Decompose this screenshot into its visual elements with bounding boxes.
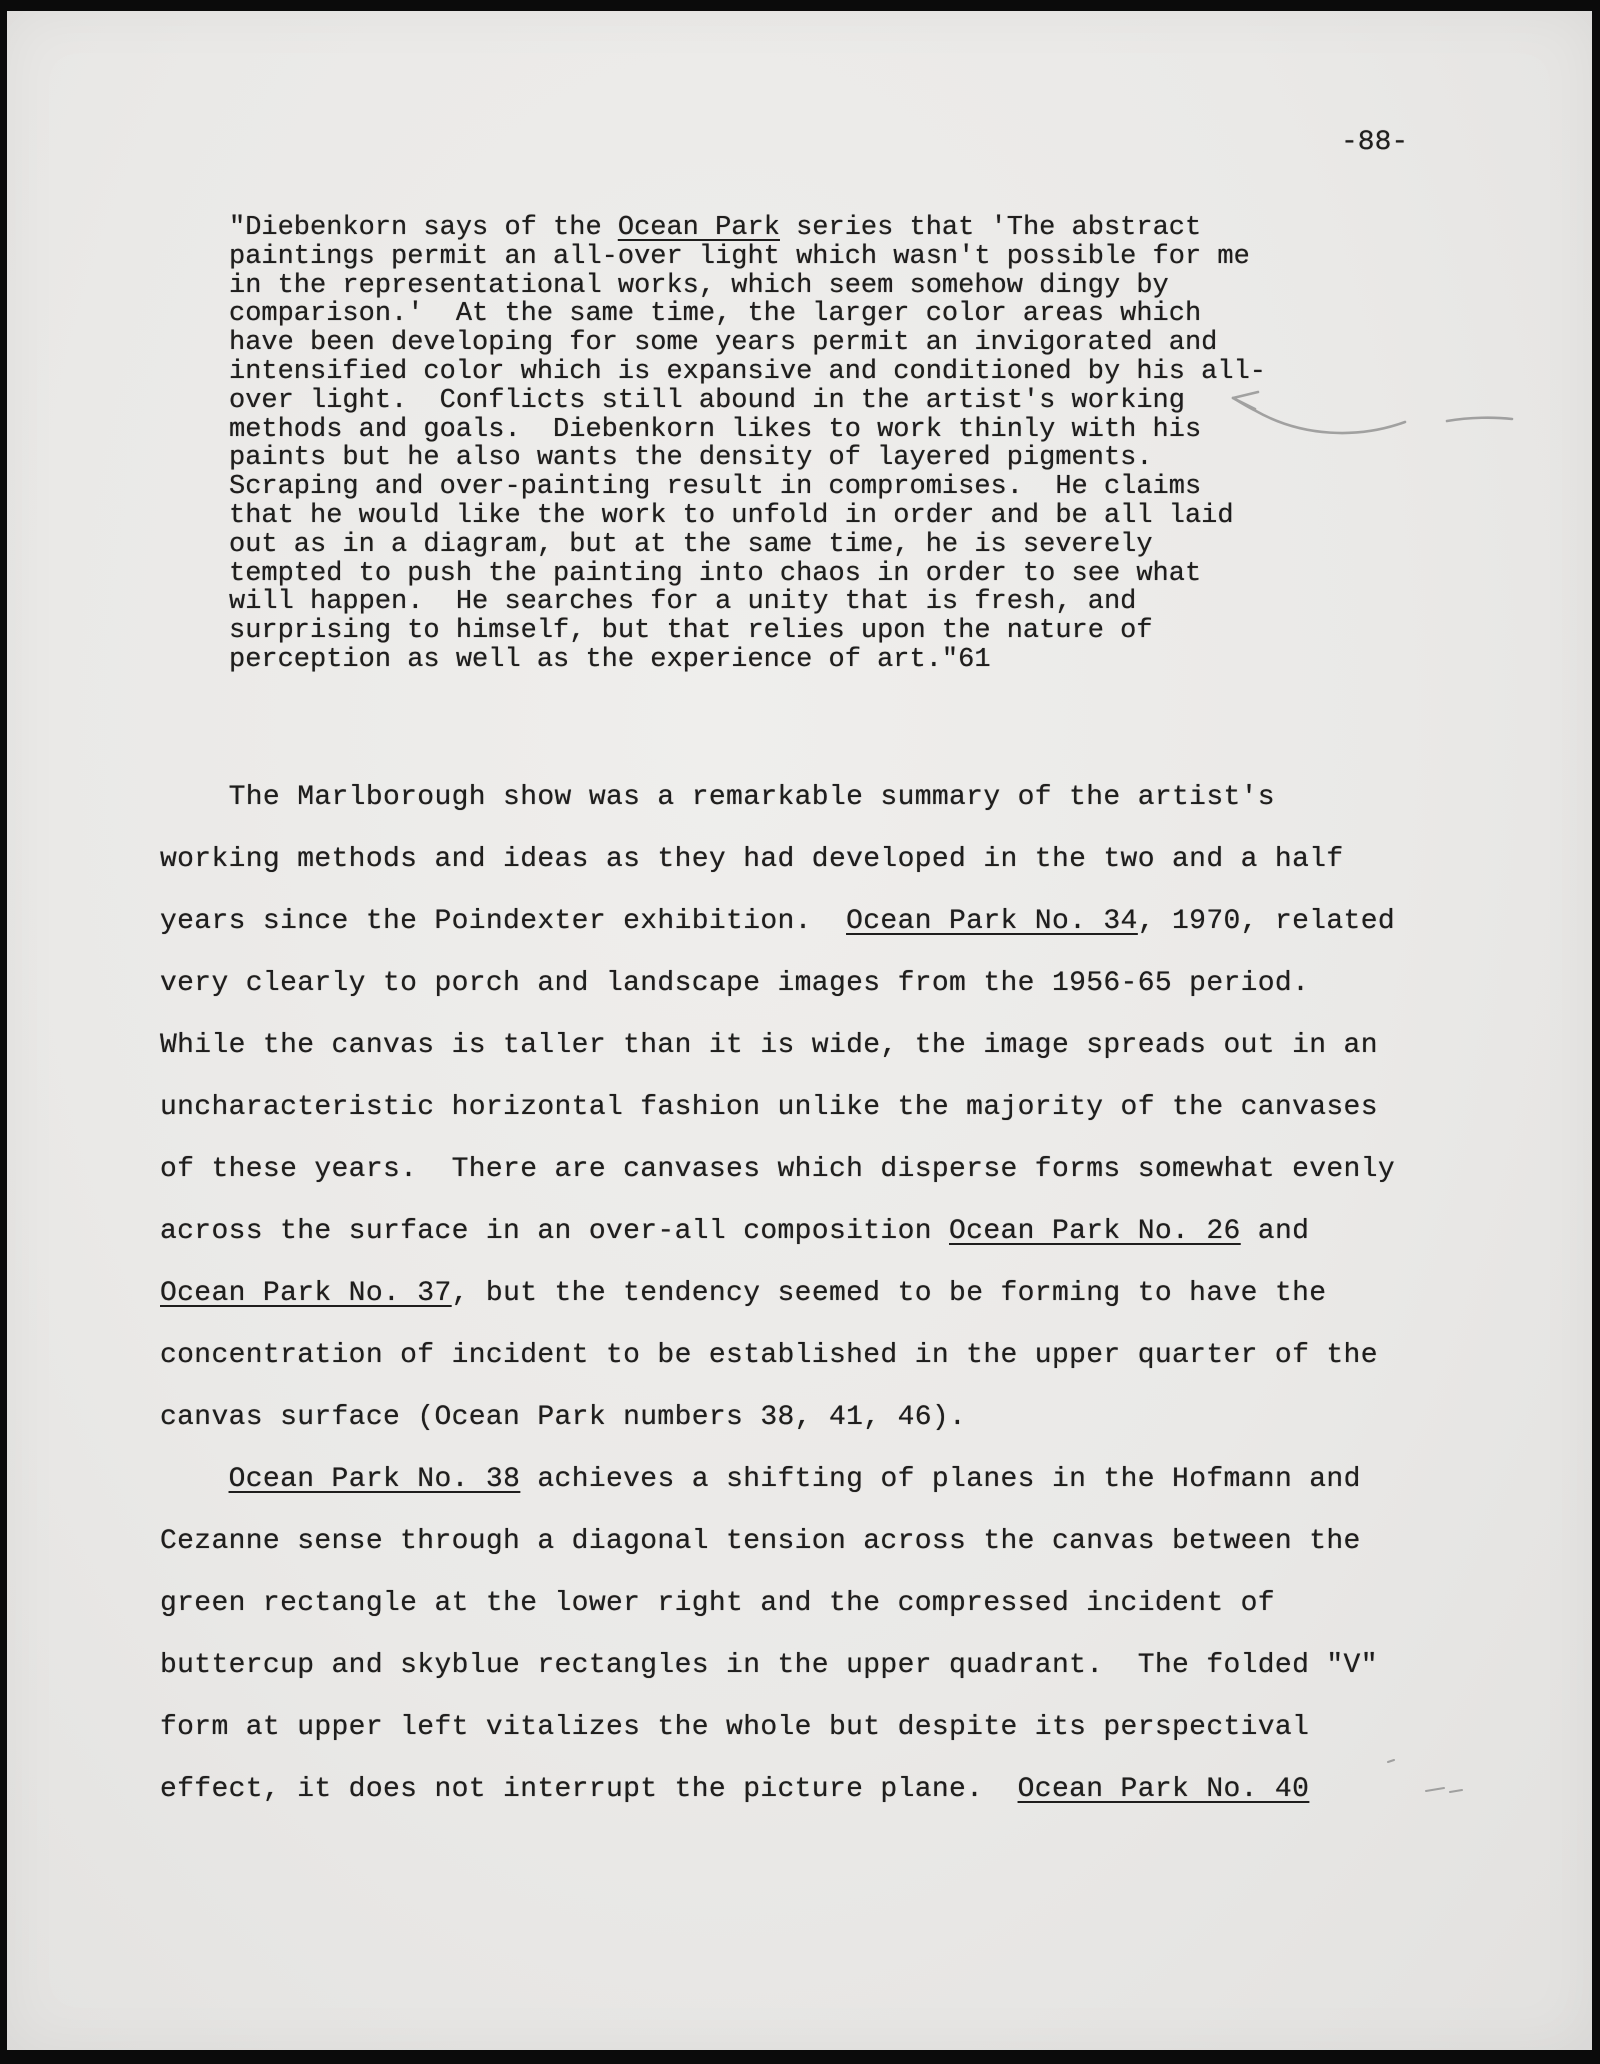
text-segment: over light. Conflicts still abound in th… <box>229 386 1185 416</box>
text-line: uncharacteristic horizontal fashion unli… <box>160 1076 1460 1138</box>
text-segment: While the canvas is taller than it is wi… <box>160 1030 1378 1061</box>
text-segment: methods and goals. Diebenkorn likes to w… <box>229 415 1201 445</box>
text-line: surprising to himself, but that relies u… <box>229 617 1329 646</box>
text-segment: intensified color which is expansive and… <box>229 357 1266 387</box>
text-line: Ocean Park No. 38 achieves a shifting of… <box>160 1448 1460 1510</box>
text-segment <box>160 1464 229 1495</box>
text-line: tempted to push the painting into chaos … <box>229 560 1329 589</box>
block-quote: "Diebenkorn says of the Ocean Park serie… <box>229 214 1329 675</box>
text-line: "Diebenkorn says of the Ocean Park serie… <box>229 214 1329 243</box>
text-segment: and <box>1241 1216 1310 1247</box>
text-line: working methods and ideas as they had de… <box>160 828 1460 890</box>
text-segment: series that 'The abstract <box>780 213 1201 243</box>
text-segment: buttercup and skyblue rectangles in the … <box>160 1650 1378 1681</box>
text-segment: Scraping and over-painting result in com… <box>229 472 1201 502</box>
text-line: paintings permit an all-over light which… <box>229 243 1329 272</box>
text-segment: years since the Poindexter exhibition. <box>160 906 846 937</box>
text-line: Ocean Park No. 37, but the tendency seem… <box>160 1262 1460 1324</box>
text-segment: green rectangle at the lower right and t… <box>160 1588 1275 1619</box>
text-line: comparison.' At the same time, the large… <box>229 300 1329 329</box>
text-line: years since the Poindexter exhibition. O… <box>160 890 1460 952</box>
text-segment: , 1970, related <box>1138 906 1395 937</box>
text-segment: concentration of incident to be establis… <box>160 1340 1378 1371</box>
text-segment: comparison.' At the same time, the large… <box>229 299 1201 329</box>
text-segment: that he would like the work to unfold in… <box>229 501 1234 531</box>
text-segment: perception as well as the experience of … <box>229 645 991 675</box>
body-paragraphs: The Marlborough show was a remarkable su… <box>160 766 1460 1820</box>
text-segment: canvas surface (Ocean Park numbers 38, 4… <box>160 1402 966 1433</box>
text-line: across the surface in an over-all compos… <box>160 1200 1460 1262</box>
text-line: Cezanne sense through a diagonal tension… <box>160 1510 1460 1572</box>
text-segment: achieves a shifting of planes in the Hof… <box>520 1464 1360 1495</box>
text-segment: effect, it does not interrupt the pictur… <box>160 1774 1018 1805</box>
text-line: in the representational works, which see… <box>229 272 1329 301</box>
text-line: perception as well as the experience of … <box>229 646 1329 675</box>
text-segment: working methods and ideas as they had de… <box>160 844 1344 875</box>
text-segment: paints but he also wants the density of … <box>229 443 1153 473</box>
underlined-work-title: Ocean Park No. 40 <box>1018 1774 1310 1805</box>
text-line: intensified color which is expansive and… <box>229 358 1329 387</box>
text-line: paints but he also wants the density of … <box>229 444 1329 473</box>
text-segment: of these years. There are canvases which… <box>160 1154 1395 1185</box>
text-line: that he would like the work to unfold in… <box>229 502 1329 531</box>
text-segment: paintings permit an all-over light which… <box>229 242 1250 272</box>
text-line: concentration of incident to be establis… <box>160 1324 1460 1386</box>
text-line: The Marlborough show was a remarkable su… <box>160 766 1460 828</box>
text-segment: across the surface in an over-all compos… <box>160 1216 949 1247</box>
text-segment: tempted to push the painting into chaos … <box>229 559 1201 589</box>
text-line: Scraping and over-painting result in com… <box>229 473 1329 502</box>
text-segment: form at upper left vitalizes the whole b… <box>160 1712 1309 1743</box>
text-segment: will happen. He searches for a unity tha… <box>229 587 1136 617</box>
text-line: methods and goals. Diebenkorn likes to w… <box>229 416 1329 445</box>
text-line: buttercup and skyblue rectangles in the … <box>160 1634 1460 1696</box>
underlined-work-title: Ocean Park No. 34 <box>846 906 1138 937</box>
underlined-work-title: Ocean Park No. 37 <box>160 1278 452 1309</box>
text-segment: Cezanne sense through a diagonal tension… <box>160 1526 1361 1557</box>
underlined-work-title: Ocean Park <box>618 213 780 243</box>
text-segment: out as in a diagram, but at the same tim… <box>229 530 1153 560</box>
text-line: will happen. He searches for a unity tha… <box>229 588 1329 617</box>
page-number: -88- <box>1341 128 1408 158</box>
text-line: effect, it does not interrupt the pictur… <box>160 1758 1460 1820</box>
underlined-work-title: Ocean Park No. 38 <box>229 1464 521 1495</box>
text-line: very clearly to porch and landscape imag… <box>160 952 1460 1014</box>
text-segment: surprising to himself, but that relies u… <box>229 616 1153 646</box>
text-line: out as in a diagram, but at the same tim… <box>229 531 1329 560</box>
text-line: canvas surface (Ocean Park numbers 38, 4… <box>160 1386 1460 1448</box>
text-segment: uncharacteristic horizontal fashion unli… <box>160 1092 1378 1123</box>
text-line: of these years. There are canvases which… <box>160 1138 1460 1200</box>
text-line: While the canvas is taller than it is wi… <box>160 1014 1460 1076</box>
underlined-work-title: Ocean Park No. 26 <box>949 1216 1241 1247</box>
text-segment: in the representational works, which see… <box>229 271 1169 301</box>
text-segment: The Marlborough show was a remarkable su… <box>160 782 1275 813</box>
text-segment: very clearly to porch and landscape imag… <box>160 968 1309 999</box>
text-segment: "Diebenkorn says of the <box>229 213 618 243</box>
text-line: over light. Conflicts still abound in th… <box>229 387 1329 416</box>
text-segment: have been developing for some years perm… <box>229 328 1217 358</box>
text-line: green rectangle at the lower right and t… <box>160 1572 1460 1634</box>
scanner-background: -88- "Diebenkorn says of the Ocean Park … <box>0 0 1600 2064</box>
text-line: form at upper left vitalizes the whole b… <box>160 1696 1460 1758</box>
text-line: have been developing for some years perm… <box>229 329 1329 358</box>
text-segment: , but the tendency seemed to be forming … <box>452 1278 1327 1309</box>
